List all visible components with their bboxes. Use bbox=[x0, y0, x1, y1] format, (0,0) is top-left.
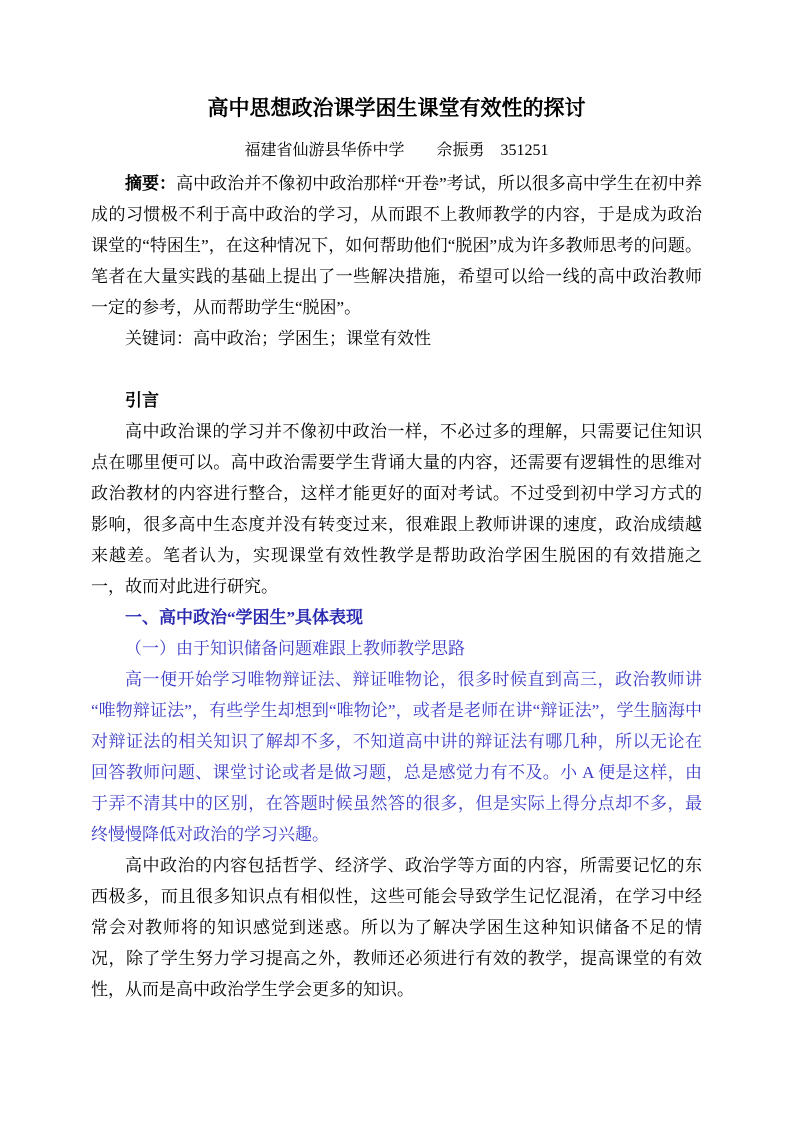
document-page: 高中思想政治课学困生课堂有效性的探讨 福建省仙游县华侨中学佘振勇351251 摘… bbox=[0, 0, 793, 1122]
byline-author: 佘振勇 bbox=[437, 142, 485, 159]
page-title: 高中思想政治课学困生课堂有效性的探讨 bbox=[91, 0, 702, 123]
section1-subheading: （一）由于知识储备问题难跟上教师教学思路 bbox=[91, 633, 702, 664]
abstract-paragraph: 摘要：高中政治并不像初中政治那样“开卷”考试，所以很多高中学生在初中养成的习惯极… bbox=[91, 168, 702, 323]
keywords-label: 关键词： bbox=[125, 329, 193, 348]
keywords-text: 高中政治；学困生；课堂有效性 bbox=[193, 329, 431, 348]
byline: 福建省仙游县华侨中学佘振勇351251 bbox=[91, 140, 702, 162]
byline-postal-code: 351251 bbox=[501, 142, 549, 159]
section1-heading: 一、高中政治“学困生”具体表现 bbox=[91, 602, 702, 633]
section1-paragraph-black: 高中政治的内容包括哲学、经济学、政治学等方面的内容，所需要记忆的东西极多，而且很… bbox=[91, 850, 702, 1005]
abstract-text: 高中政治并不像初中政治那样“开卷”考试，所以很多高中学生在初中养成的习惯极不利于… bbox=[91, 174, 702, 317]
document-body: 摘要：高中政治并不像初中政治那样“开卷”考试，所以很多高中学生在初中养成的习惯极… bbox=[91, 168, 702, 1005]
intro-heading: 引言 bbox=[91, 385, 702, 416]
abstract-label: 摘要： bbox=[125, 174, 176, 193]
section1-paragraph-blue: 高一便开始学习唯物辩证法、辩证唯物论，很多时候直到高三，政治教师讲“唯物辩证法”… bbox=[91, 664, 702, 850]
intro-paragraph: 高中政治课的学习并不像初中政治一样，不必过多的理解，只需要记住知识点在哪里便可以… bbox=[91, 416, 702, 602]
byline-affiliation: 福建省仙游县华侨中学 bbox=[244, 142, 404, 159]
keywords-paragraph: 关键词：高中政治；学困生；课堂有效性 bbox=[91, 323, 702, 354]
